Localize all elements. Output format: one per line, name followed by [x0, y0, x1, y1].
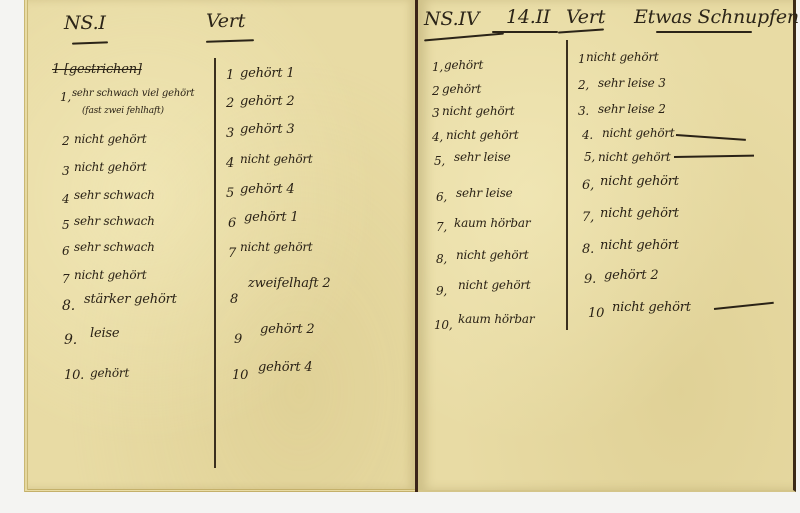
left-heading-ns1: NS.I — [64, 12, 106, 34]
entry-number: 3 — [226, 126, 234, 141]
entry-number: 1, — [432, 60, 443, 74]
entry-note: (fast zwei fehlhaft) — [82, 106, 164, 116]
entry-number: 10 — [588, 306, 604, 321]
right-heading-ns4: NS.IV — [424, 8, 479, 30]
entry-text: gehört — [90, 366, 129, 380]
entry-text: sehr schwach — [74, 214, 155, 228]
entry-text: sehr schwach — [74, 240, 155, 254]
entry-number: 8. — [62, 298, 75, 314]
entry-text: kaum hörbar — [458, 312, 534, 326]
entry-text: sehr schwach — [74, 188, 155, 202]
entry-number: 7, — [436, 220, 447, 234]
heading-underline — [72, 41, 108, 44]
entry-text: nicht gehört — [586, 50, 659, 64]
entry-text: gehört 2 — [240, 94, 294, 109]
entry-number: 6 — [62, 244, 69, 258]
entry-number: 5 — [226, 186, 234, 201]
entry-number: 9. — [584, 272, 596, 287]
entry-text: nicht gehört — [442, 104, 515, 118]
entry-text: gehört 1 — [240, 66, 294, 81]
entry-number: 8, — [436, 252, 447, 266]
heading-underline — [492, 31, 558, 33]
entry-number: 3 — [432, 106, 439, 120]
entry-number: 3. — [578, 104, 589, 118]
entry-text: gehört 4 — [240, 182, 294, 197]
left-heading-vert: Vert — [206, 10, 245, 32]
open-notebook: NS.I Vert 1 [gestrichen] 1, sehr schwach… — [24, 0, 796, 495]
entry-text: gehört — [444, 58, 483, 72]
entry-text: stärker gehört — [84, 292, 177, 307]
entry-text: nicht gehört — [602, 126, 675, 140]
entry-text: gehört — [442, 82, 481, 96]
entry-text: nicht gehört — [600, 174, 679, 189]
entry-text: gehört 1 — [244, 210, 298, 225]
column-divider — [214, 58, 216, 468]
entry-text: gehört 2 — [260, 322, 314, 337]
right-heading-date: 14.II — [506, 6, 550, 28]
ink-flourish — [676, 134, 746, 140]
entry-number: 9. — [64, 332, 77, 348]
entry-text: nicht gehört — [600, 238, 679, 253]
entry-number: 7 — [228, 246, 236, 261]
entry-text: gehört 2 — [604, 268, 658, 283]
entry-number: 9, — [436, 284, 447, 298]
entry-number: 10 — [232, 368, 248, 383]
entry-number: 1 — [578, 52, 585, 66]
entry-number: 2 — [226, 96, 234, 111]
entry-text: nicht gehört — [74, 268, 147, 282]
entry-text: leise — [90, 326, 119, 341]
right-page: NS.IV 14.II Vert Etwas Schnupfen 1, gehö… — [418, 0, 796, 492]
heading-underline — [656, 31, 752, 33]
entry-number: 3 — [62, 164, 69, 178]
ink-flourish — [714, 302, 774, 310]
entry-text: kaum hörbar — [454, 216, 530, 230]
heading-underline — [424, 33, 504, 42]
entry-number: 7 — [62, 272, 69, 286]
entry-text: gehört 4 — [258, 360, 312, 375]
entry-text: nicht gehört — [240, 152, 313, 166]
crossed-out-entry: 1 [gestrichen] — [52, 62, 142, 77]
left-page: NS.I Vert 1 [gestrichen] 1, sehr schwach… — [24, 0, 416, 492]
entry-number: 5, — [434, 154, 445, 168]
ink-flourish — [674, 155, 754, 158]
entry-text: sehr leise — [454, 150, 511, 164]
entry-text: zweifelhaft 2 — [248, 276, 330, 291]
entry-text: nicht gehört — [598, 150, 671, 164]
entry-number: 4. — [582, 128, 593, 142]
right-heading-note: Etwas Schnupfen — [634, 6, 799, 28]
entry-number: 4 — [62, 192, 69, 206]
entry-text: sehr leise 3 — [598, 76, 666, 90]
entry-number: 6, — [436, 190, 447, 204]
entry-number: 10. — [64, 368, 84, 383]
entry-number: 6 — [228, 216, 236, 231]
entry-text: gehört 3 — [240, 122, 294, 137]
entry-text: nicht gehört — [458, 278, 531, 292]
entry-number: 4, — [432, 130, 443, 144]
column-divider — [566, 40, 568, 330]
right-heading-vert: Vert — [566, 6, 605, 28]
entry-text: nicht gehört — [446, 128, 519, 142]
entry-number: 10, — [434, 318, 452, 332]
entry-text: nicht gehört — [612, 300, 691, 315]
entry-number: 4 — [226, 156, 234, 171]
entry-number: 5 — [62, 218, 69, 232]
entry-text: nicht gehört — [600, 206, 679, 221]
entry-number: 1, — [60, 90, 71, 104]
entry-number: 1 — [226, 68, 234, 83]
entry-text: nicht gehört — [456, 248, 529, 262]
heading-underline — [558, 28, 604, 33]
entry-number: 8. — [582, 242, 594, 257]
entry-number: 6, — [582, 178, 594, 193]
entry-text: sehr leise 2 — [598, 102, 666, 116]
entry-text: nicht gehört — [74, 132, 147, 146]
entry-text: nicht gehört — [74, 160, 147, 174]
heading-underline — [206, 39, 254, 43]
entry-number: 2 — [432, 84, 439, 98]
entry-number: 7, — [582, 210, 594, 225]
entry-number: 5, — [584, 150, 595, 164]
entry-text: sehr leise — [456, 186, 513, 200]
entry-text: sehr schwach viel gehört — [72, 88, 194, 99]
entry-number: 8 — [230, 292, 238, 307]
entry-number: 2, — [578, 78, 589, 92]
entry-number: 9 — [234, 332, 242, 347]
entry-number: 2 — [62, 134, 69, 148]
entry-text: nicht gehört — [240, 240, 313, 254]
